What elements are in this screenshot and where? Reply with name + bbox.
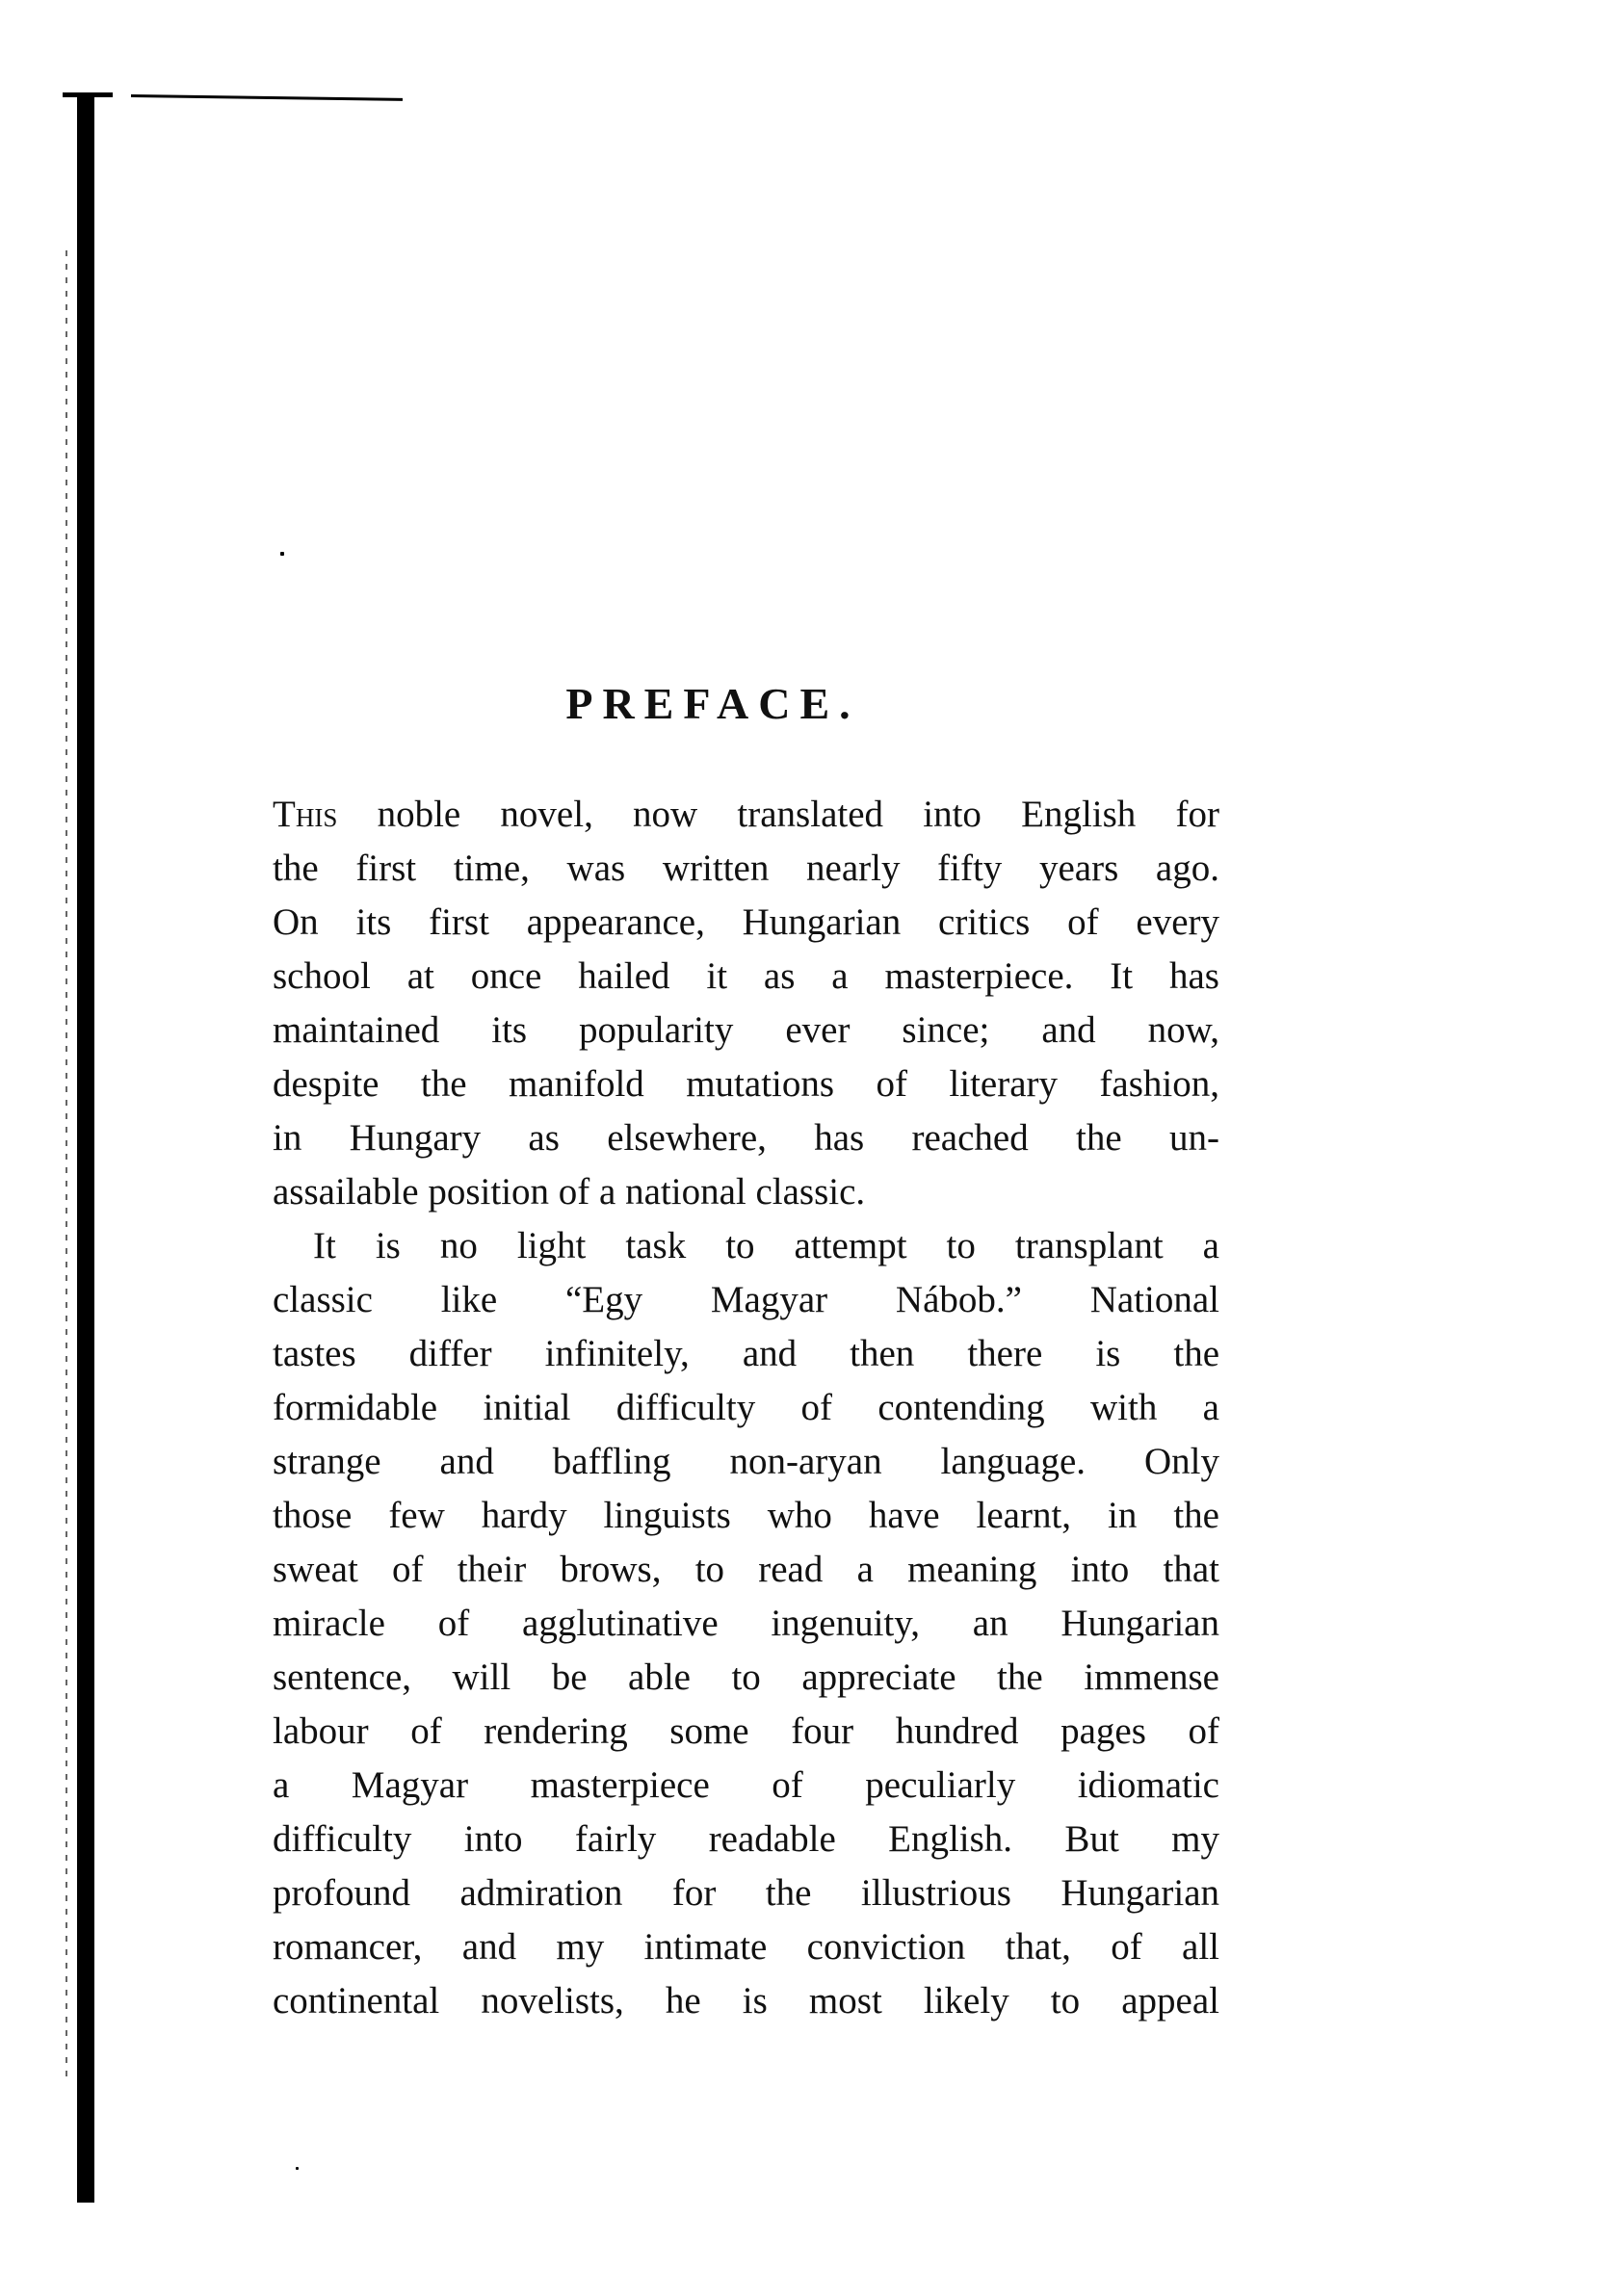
text-line: classic like “Egy Magyar Nábob.” Nationa… — [273, 1273, 1219, 1327]
text-line: romancer, and my intimate conviction tha… — [273, 1920, 1219, 1974]
text-line: school at once hailed it as a masterpiec… — [273, 950, 1219, 1004]
text-line: those few hardy linguists who have learn… — [273, 1489, 1219, 1543]
text-line: a Magyar masterpiece of peculiarly idiom… — [273, 1759, 1219, 1813]
book-binding-edge — [77, 93, 94, 2203]
page-top-edge-rule — [131, 94, 403, 101]
text-line: strange and baffling non-aryan language.… — [273, 1435, 1219, 1489]
text-line: in Hungary as elsewhere, has reached the… — [273, 1111, 1219, 1165]
text-line: assailable position of a national classi… — [273, 1165, 1219, 1219]
text-line: continental novelists, he is most likely… — [273, 1974, 1219, 2028]
text-line: despite the manifold mutations of litera… — [273, 1057, 1219, 1111]
scan-speck — [296, 2167, 299, 2170]
text-line: sweat of their brows, to read a meaning … — [273, 1543, 1219, 1597]
paragraph-1: This noble novel, now translated into En… — [273, 788, 1219, 1219]
text-line: profound admiration for the illustrious … — [273, 1866, 1219, 1920]
lead-word: This — [273, 794, 337, 835]
text-line: maintained its popularity ever since; an… — [273, 1004, 1219, 1057]
text-line: This noble novel, now translated into En… — [273, 788, 1219, 842]
preface-body: This noble novel, now translated into En… — [273, 788, 1219, 2028]
text-line: difficulty into fairly readable English.… — [273, 1813, 1219, 1866]
text-line: It is no light task to attempt to transp… — [273, 1219, 1219, 1273]
binding-shadow — [65, 250, 67, 2080]
page-title: PREFACE. — [0, 682, 1426, 726]
paragraph-2: It is no light task to attempt to transp… — [273, 1219, 1219, 2028]
scan-speck — [280, 552, 284, 556]
text-line: the first time, was written nearly fifty… — [273, 842, 1219, 896]
text-line: tastes differ infinitely, and then there… — [273, 1327, 1219, 1381]
text-line: formidable initial difficulty of contend… — [273, 1381, 1219, 1435]
text-line: miracle of agglutinative ingenuity, an H… — [273, 1597, 1219, 1651]
text-line: sentence, will be able to appreciate the… — [273, 1651, 1219, 1705]
text-line: labour of rendering some four hundred pa… — [273, 1705, 1219, 1759]
text-line: On its first appearance, Hungarian criti… — [273, 896, 1219, 950]
